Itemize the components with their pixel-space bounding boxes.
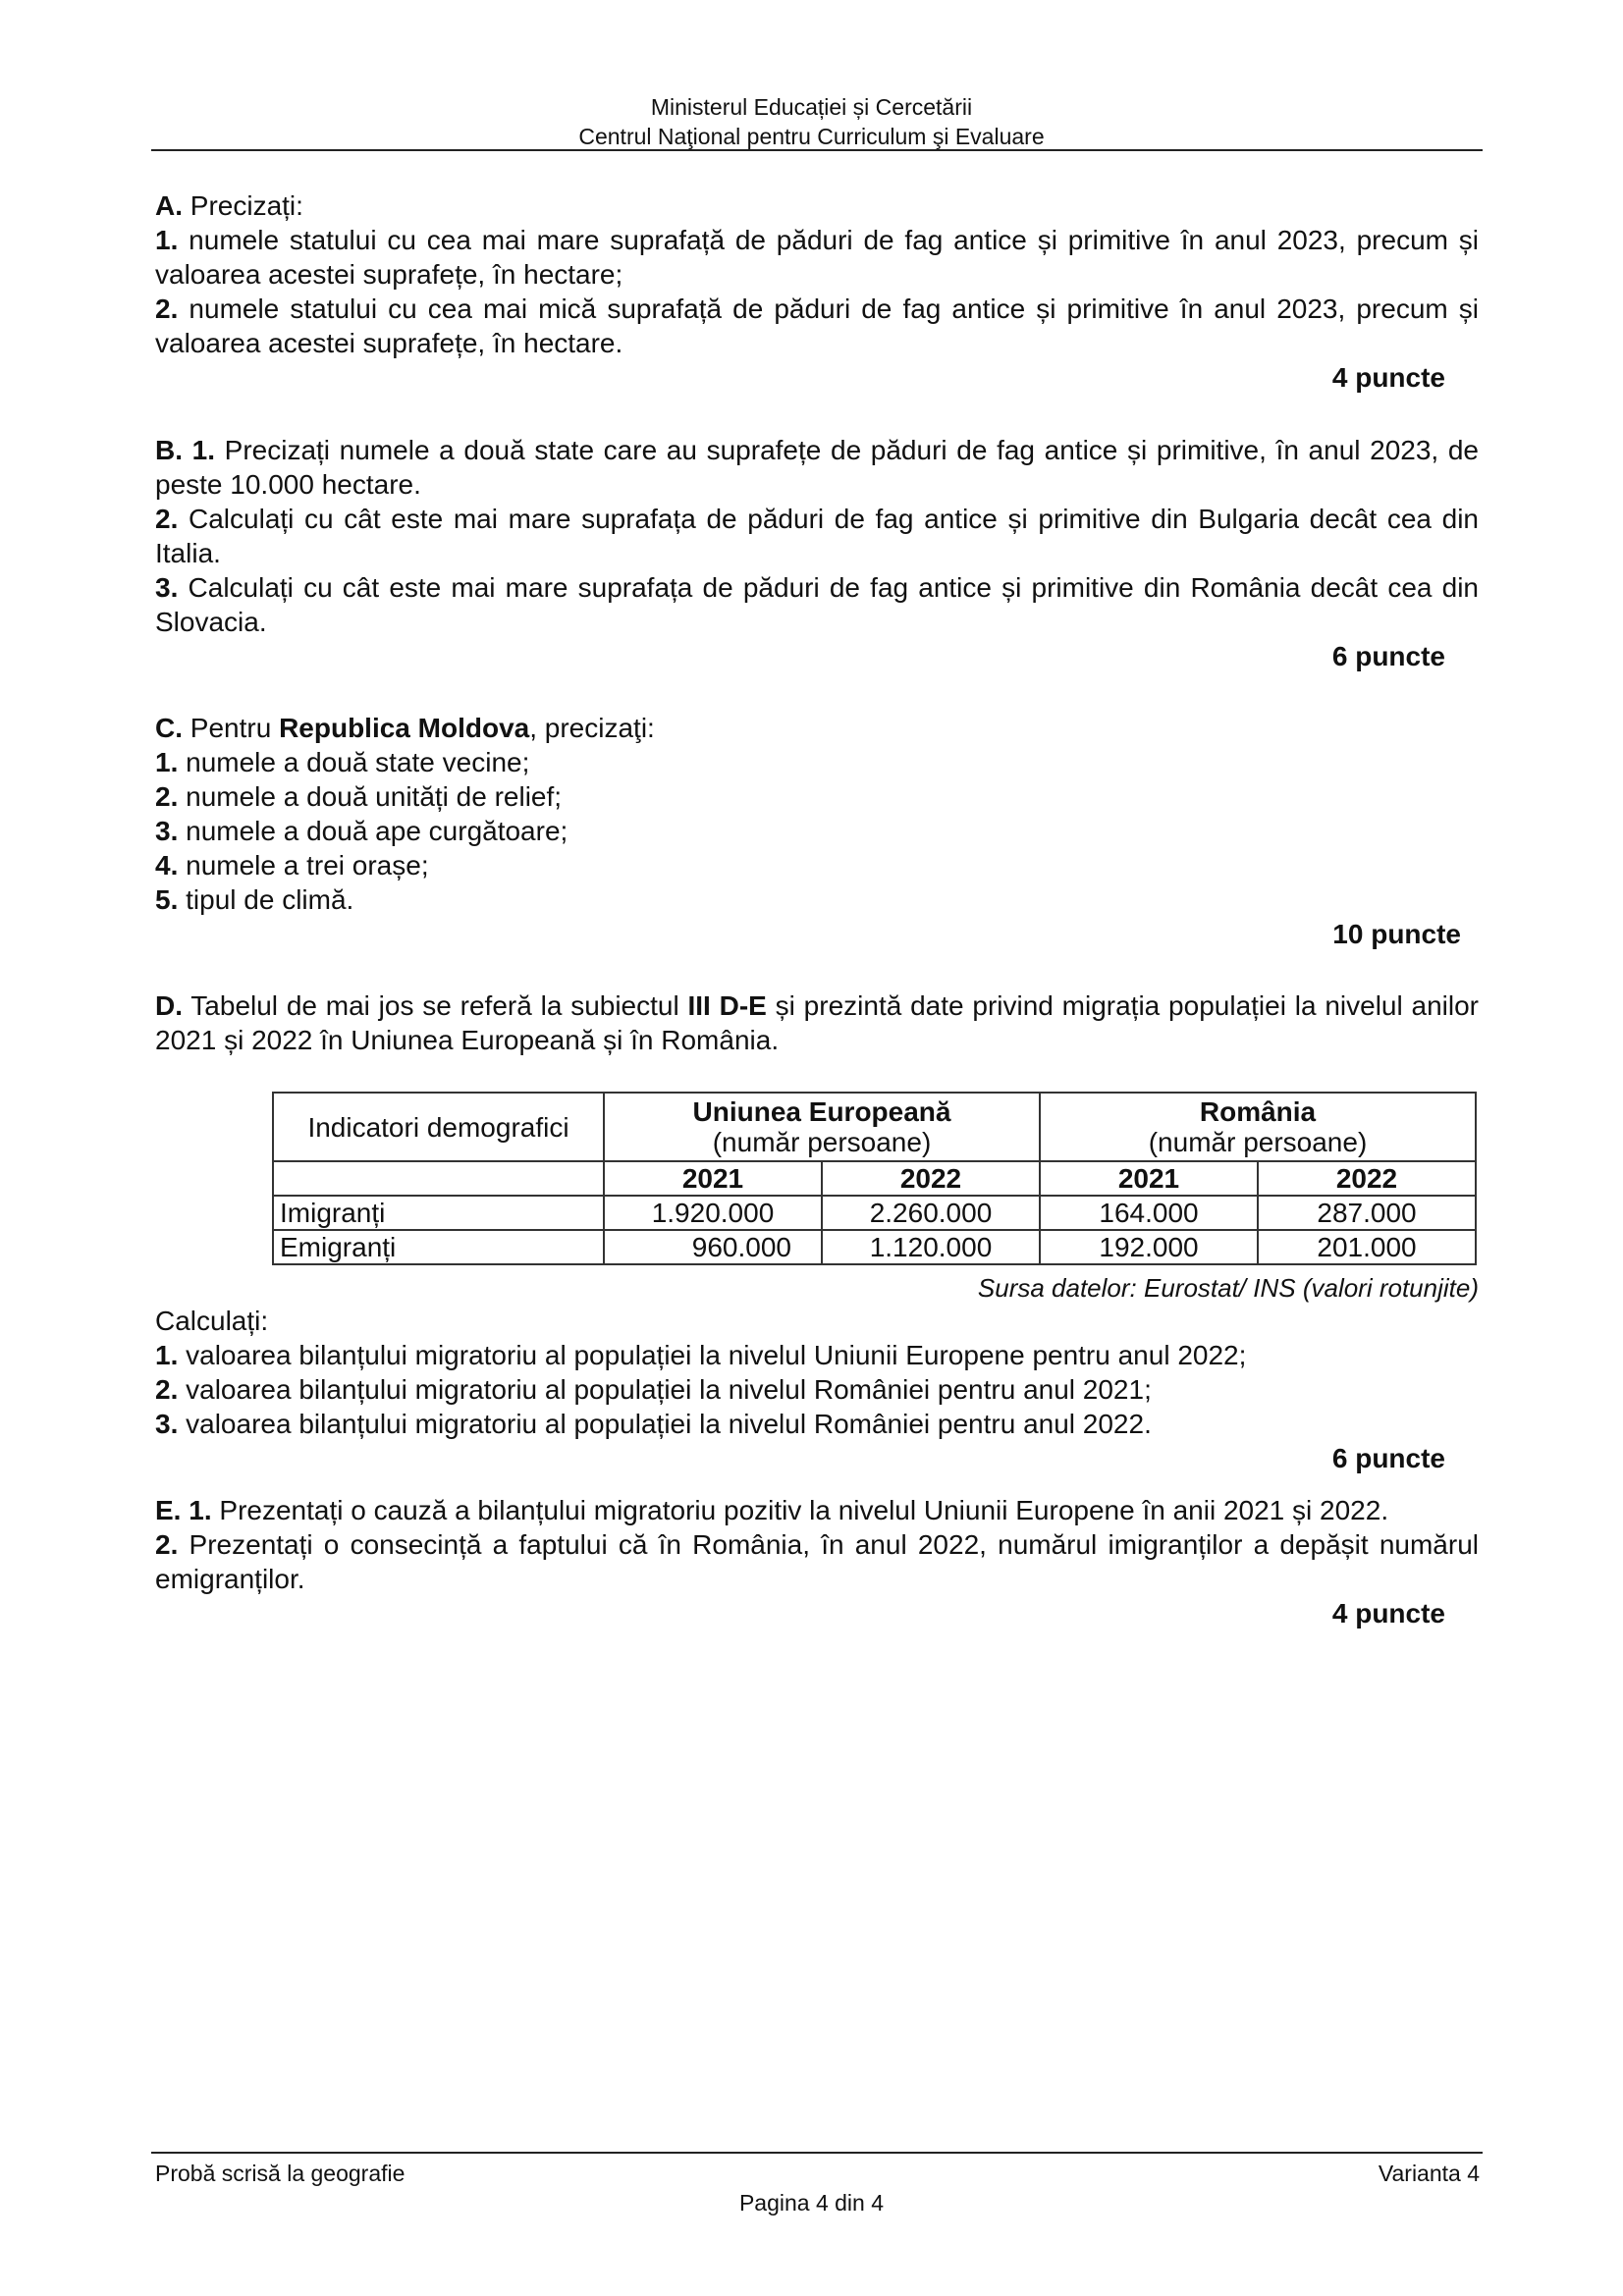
- footer-page-number: Pagina 4 din 4: [0, 2189, 1623, 2216]
- year-cell: 2022: [822, 1161, 1040, 1196]
- intro-text: , precizaţi:: [529, 713, 655, 743]
- group-unit: (număr persoane): [1149, 1127, 1368, 1157]
- footer-divider: [151, 2152, 1483, 2154]
- item-number: 2.: [155, 294, 178, 324]
- item-text: numele statului cu cea mai mică suprafaț…: [155, 294, 1479, 358]
- cell-value: 164.000: [1040, 1196, 1258, 1230]
- section-a: A. Precizați: 1. numele statului cu cea …: [155, 188, 1479, 395]
- section-b-letter: B.: [155, 435, 183, 465]
- table-years-row: 2021 2022 2021 2022: [273, 1161, 1476, 1196]
- item-number: 1.: [155, 1340, 178, 1370]
- item-text: numele a două ape curgătoare;: [178, 816, 568, 846]
- cell-value: 960.000: [604, 1230, 822, 1264]
- item-number: 2.: [155, 1529, 178, 1560]
- table-header-row: Indicatori demografici Uniunea Europeană…: [273, 1093, 1476, 1161]
- group-unit: (număr persoane): [713, 1127, 932, 1157]
- section-a-points: 4 puncte: [155, 360, 1479, 395]
- year-cell: 2021: [604, 1161, 822, 1196]
- year-label: 2022: [1336, 1163, 1397, 1194]
- cell-value: 1.120.000: [822, 1230, 1040, 1264]
- header-indicator: Indicatori demografici: [273, 1093, 604, 1161]
- row-label: Emigranți: [273, 1230, 604, 1264]
- item-text: numele a două unități de relief;: [178, 781, 562, 812]
- section-d-intro: D. Tabelul de mai jos se referă la subie…: [155, 988, 1479, 1057]
- calc-intro: Calculați:: [155, 1304, 1479, 1338]
- year-label: 2021: [682, 1163, 743, 1194]
- section-d-letter: D.: [155, 990, 183, 1021]
- section-b-item-3: 3. Calculați cu cât este mai mare supraf…: [155, 570, 1479, 639]
- section-d-item-3: 3. valoarea bilanțului migratoriu al pop…: [155, 1407, 1479, 1441]
- section-b: B. 1. Precizați numele a două state care…: [155, 433, 1479, 673]
- section-c: C. Pentru Republica Moldova, precizaţi: …: [155, 711, 1479, 951]
- table-row: Imigranți 1.920.000 2.260.000 164.000 28…: [273, 1196, 1476, 1230]
- table-row: Emigranți 960.000 1.120.000 192.000 201.…: [273, 1230, 1476, 1264]
- footer-exam-name: Probă scrisă la geografie: [155, 2160, 405, 2187]
- item-number: 3.: [155, 572, 178, 603]
- section-a-intro-text: Precizați:: [183, 190, 303, 221]
- empty-cell: [273, 1161, 604, 1196]
- group-name: Uniunea Europeană: [693, 1096, 951, 1127]
- header-divider: [151, 149, 1483, 151]
- group-name: România: [1200, 1096, 1316, 1127]
- section-c-points: 10 puncte: [155, 917, 1479, 951]
- section-e-points: 4 puncte: [155, 1596, 1479, 1630]
- section-a-intro: A. Precizați:: [155, 188, 1479, 223]
- section-c-letter: C.: [155, 713, 183, 743]
- section-e-letter: E.: [155, 1495, 181, 1525]
- item-number: 1.: [189, 1495, 211, 1525]
- section-c-item-3: 3. numele a două ape curgătoare;: [155, 814, 1479, 848]
- item-text: numele a două state vecine;: [178, 747, 529, 777]
- intro-text: Pentru: [183, 713, 279, 743]
- item-number: 3.: [155, 816, 178, 846]
- section-b-item-2: 2. Calculați cu cât este mai mare supraf…: [155, 502, 1479, 570]
- year-cell: 2022: [1258, 1161, 1476, 1196]
- row-label: Imigranți: [273, 1196, 604, 1230]
- item-text: valoarea bilanțului migratoriu al popula…: [178, 1374, 1152, 1405]
- section-a-letter: A.: [155, 190, 183, 221]
- item-number: 1.: [192, 435, 215, 465]
- section-a-item-2: 2. numele statului cu cea mai mică supra…: [155, 292, 1479, 360]
- item-number: 2.: [155, 504, 178, 534]
- migration-table: Indicatori demografici Uniunea Europeană…: [272, 1092, 1477, 1265]
- item-text: valoarea bilanțului migratoriu al popula…: [178, 1340, 1246, 1370]
- table-source: Sursa datelor: Eurostat/ INS (valori rot…: [155, 1272, 1479, 1304]
- header-center: Centrul Naţional pentru Curriculum şi Ev…: [0, 122, 1623, 151]
- section-d-intro-text: D. Tabelul de mai jos se referă la subie…: [155, 988, 1479, 1057]
- year-cell: 2021: [1040, 1161, 1258, 1196]
- intro-text: Tabelul de mai jos se referă la subiectu…: [183, 990, 688, 1021]
- item-number: 1.: [155, 225, 178, 255]
- section-e-item-2: 2. Prezentați o consecință a faptului că…: [155, 1527, 1479, 1596]
- cell-value: 201.000: [1258, 1230, 1476, 1264]
- section-d-points: 6 puncte: [155, 1441, 1479, 1475]
- item-number: 2.: [155, 1374, 178, 1405]
- subject-ref: III D-E: [688, 990, 767, 1021]
- item-text: Calculați cu cât este mai mare suprafața…: [155, 504, 1479, 568]
- footer-variant: Varianta 4: [1379, 2160, 1480, 2187]
- section-c-item-1: 1. numele a două state vecine;: [155, 745, 1479, 779]
- section-d-item-2: 2. valoarea bilanțului migratoriu al pop…: [155, 1372, 1479, 1407]
- header-romania: România (număr persoane): [1040, 1093, 1476, 1161]
- item-text: valoarea bilanțului migratoriu al popula…: [178, 1409, 1152, 1439]
- item-number: 2.: [155, 781, 178, 812]
- item-text: numele statului cu cea mai mare suprafaț…: [155, 225, 1479, 290]
- item-text: numele a trei orașe;: [178, 850, 428, 881]
- item-number: 5.: [155, 884, 178, 915]
- section-c-item-2: 2. numele a două unități de relief;: [155, 779, 1479, 814]
- item-number: 4.: [155, 850, 178, 881]
- section-c-item-5: 5. tipul de climă.: [155, 882, 1479, 917]
- section-c-intro: C. Pentru Republica Moldova, precizaţi:: [155, 711, 1479, 745]
- cell-value: 192.000: [1040, 1230, 1258, 1264]
- header-ministry: Ministerul Educației și Cercetării: [0, 92, 1623, 122]
- item-number: 3.: [155, 1409, 178, 1439]
- section-b-item-1: B. 1. Precizați numele a două state care…: [155, 433, 1479, 502]
- cell-value: 1.920.000: [604, 1196, 822, 1230]
- item-text: Prezentați o cauză a bilanțului migrator…: [212, 1495, 1389, 1525]
- section-e-item-1: E. 1. Prezentați o cauză a bilanțului mi…: [155, 1493, 1479, 1527]
- section-c-item-4: 4. numele a trei orașe;: [155, 848, 1479, 882]
- section-d-questions: Calculați: 1. valoarea bilanțului migrat…: [155, 1304, 1479, 1475]
- year-label: 2021: [1118, 1163, 1179, 1194]
- section-e: E. 1. Prezentați o cauză a bilanțului mi…: [155, 1493, 1479, 1630]
- cell-value: 287.000: [1258, 1196, 1476, 1230]
- cell-value: 2.260.000: [822, 1196, 1040, 1230]
- section-d-item-1: 1. valoarea bilanțului migratoriu al pop…: [155, 1338, 1479, 1372]
- item-text: Precizați numele a două state care au su…: [155, 435, 1479, 500]
- item-text: Prezentați o consecință a faptului că în…: [155, 1529, 1479, 1594]
- item-text: Calculați cu cât este mai mare suprafața…: [155, 572, 1479, 637]
- section-a-item-1: 1. numele statului cu cea mai mare supra…: [155, 223, 1479, 292]
- country-name: Republica Moldova: [279, 713, 529, 743]
- header-eu: Uniunea Europeană (număr persoane): [604, 1093, 1040, 1161]
- year-label: 2022: [900, 1163, 961, 1194]
- item-number: 1.: [155, 747, 178, 777]
- item-text: tipul de climă.: [178, 884, 353, 915]
- section-b-points: 6 puncte: [155, 639, 1479, 673]
